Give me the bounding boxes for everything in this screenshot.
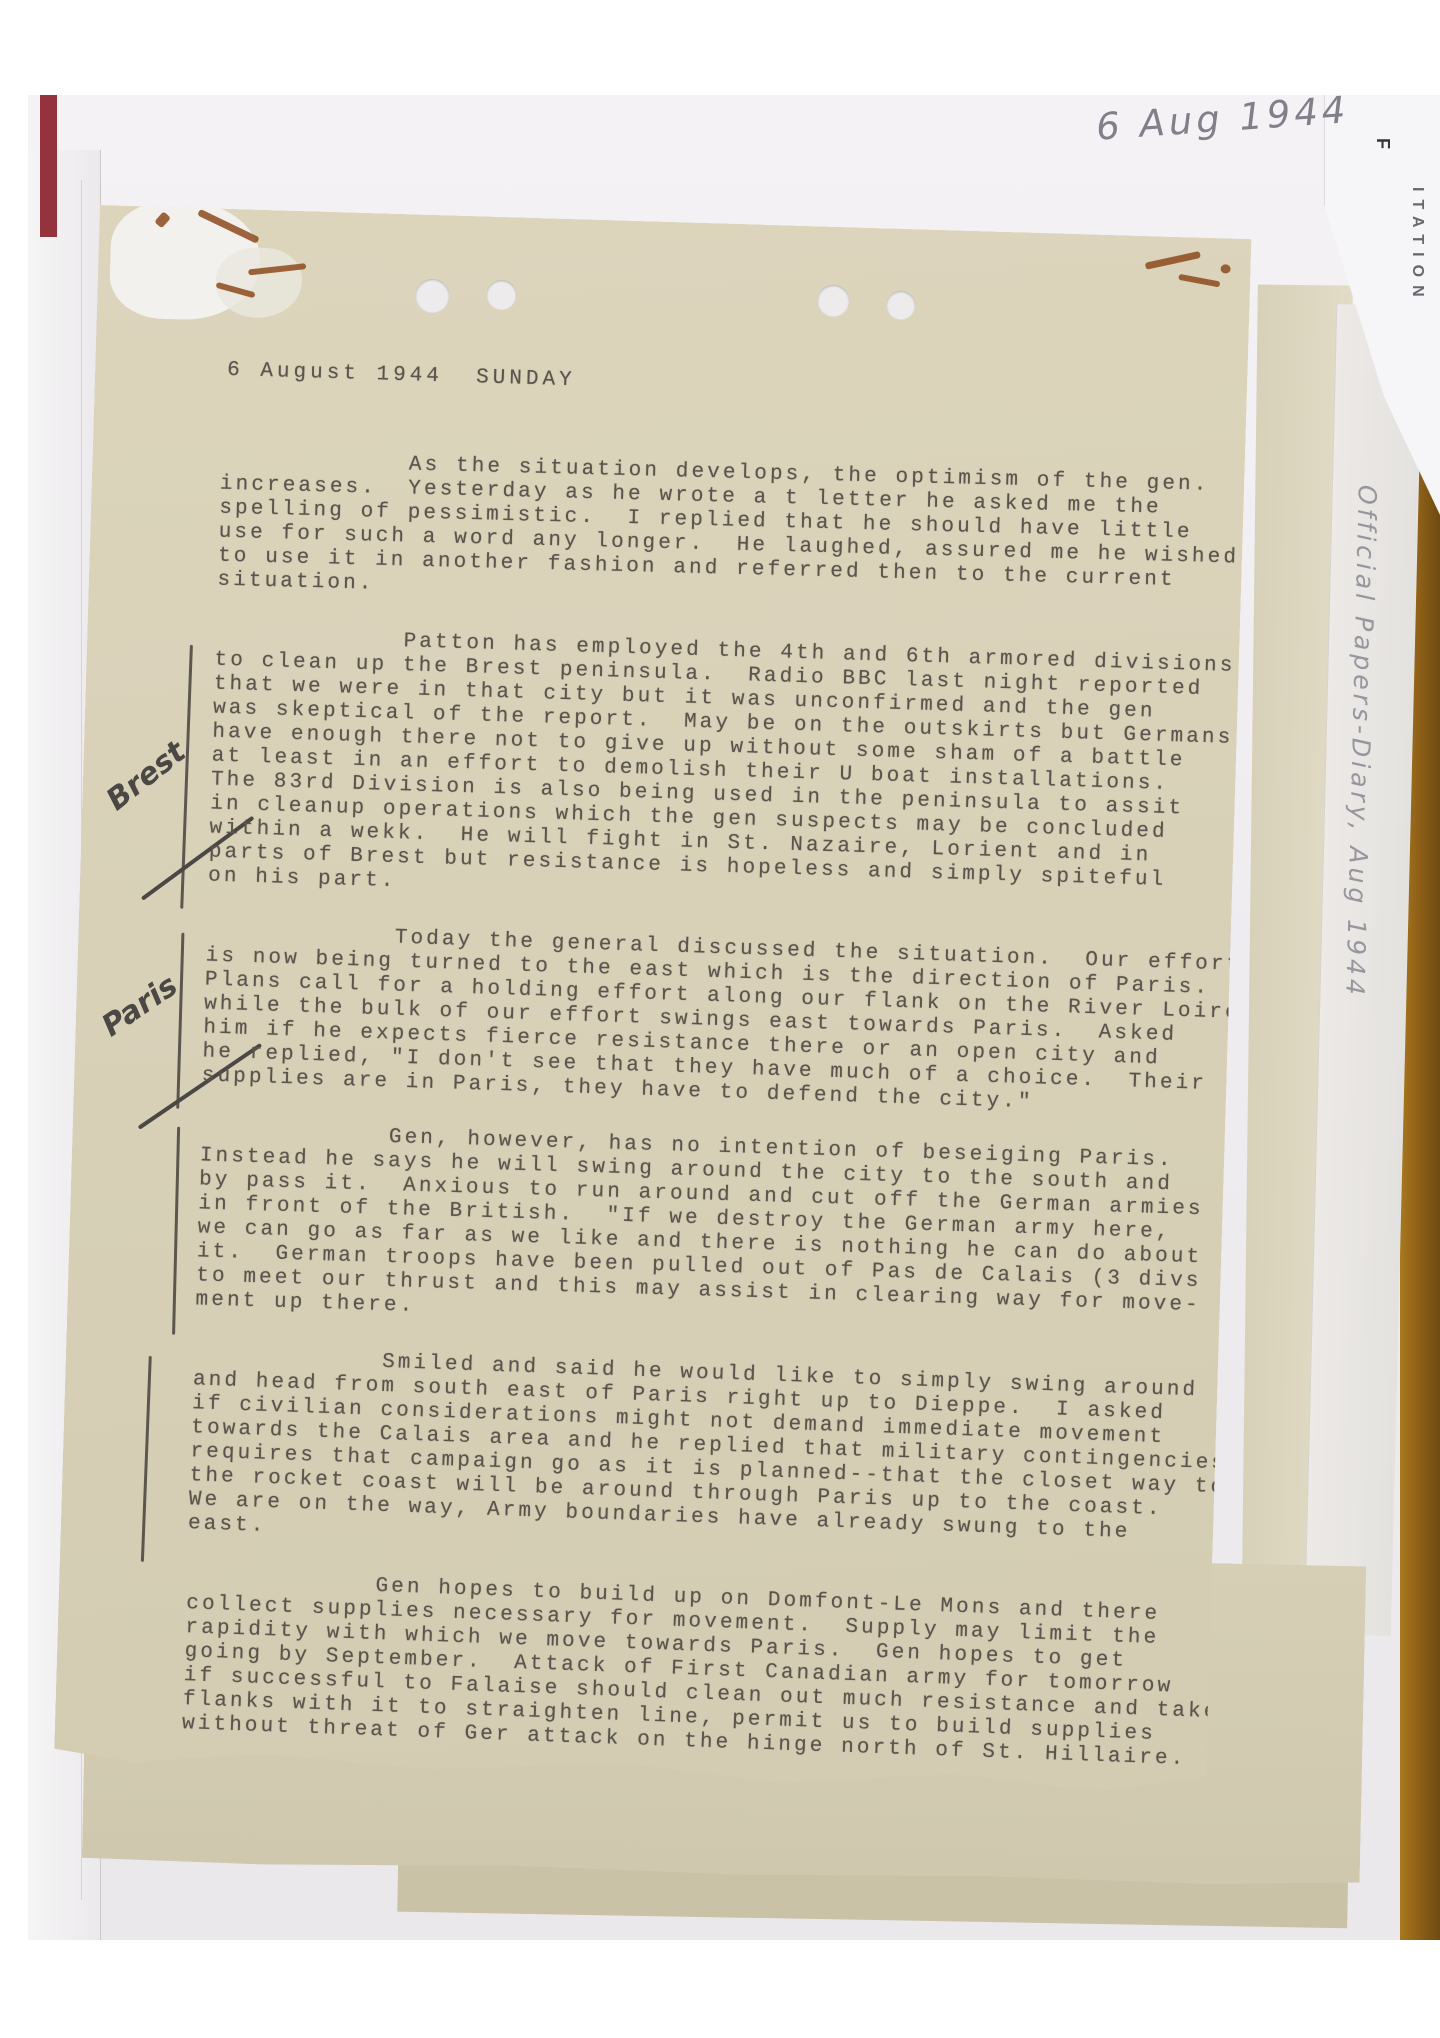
punch-hole [886,290,916,320]
diary-paragraph-6: Gen hopes to build up on Domfont-Le Mons… [182,1568,1247,1774]
typewritten-text: 6 August 1944 SUNDAY As the situation de… [182,359,1283,1800]
margin-rule-paragraph-5 [141,1356,152,1562]
margin-rule-paragraph-3 [176,933,184,1109]
edge-stamp-text: ITATION [1408,187,1426,457]
diary-paragraph-5: Smiled and said he would like to simply … [188,1344,1254,1573]
rust-stain-top-right [1178,274,1220,288]
margin-note-brest: Brest [100,734,192,817]
rust-stain-top-right [1220,264,1230,273]
diary-paragraph-4: Gen, however, has no intention of beseig… [195,1120,1260,1343]
red-edge-mark [40,95,57,237]
handwritten-date: 6 Aug 1944 [1095,88,1351,149]
rust-stain-top-right [1145,251,1201,270]
diary-paragraph-3: Today the general discussed the situatio… [201,920,1266,1122]
punch-hole [817,284,850,317]
diary-paragraph-2: Patton has employed the 4th and 6th armo… [208,625,1275,920]
diary-paragraph-1: As the situation develops, the optimism … [217,449,1280,620]
spine-handwritten-label: Official Papers-Diary, Aug 1944 [1326,485,1382,1585]
album-photo: Official Papers-Diary, Aug 1944 ITATION … [28,95,1440,1940]
edge-mark-glyph: F [1372,138,1393,149]
margin-rule-paragraph-4 [172,1127,180,1335]
diary-heading: 6 August 1944 SUNDAY [227,359,1283,414]
margin-note-paris: Paris [96,968,184,1044]
torn-staple-corner-inner [215,246,303,319]
punch-hole [486,280,517,311]
punch-hole [415,278,450,313]
diary-page: Brest Paris 6 August 1944 SUNDAY As the … [54,205,1252,1798]
